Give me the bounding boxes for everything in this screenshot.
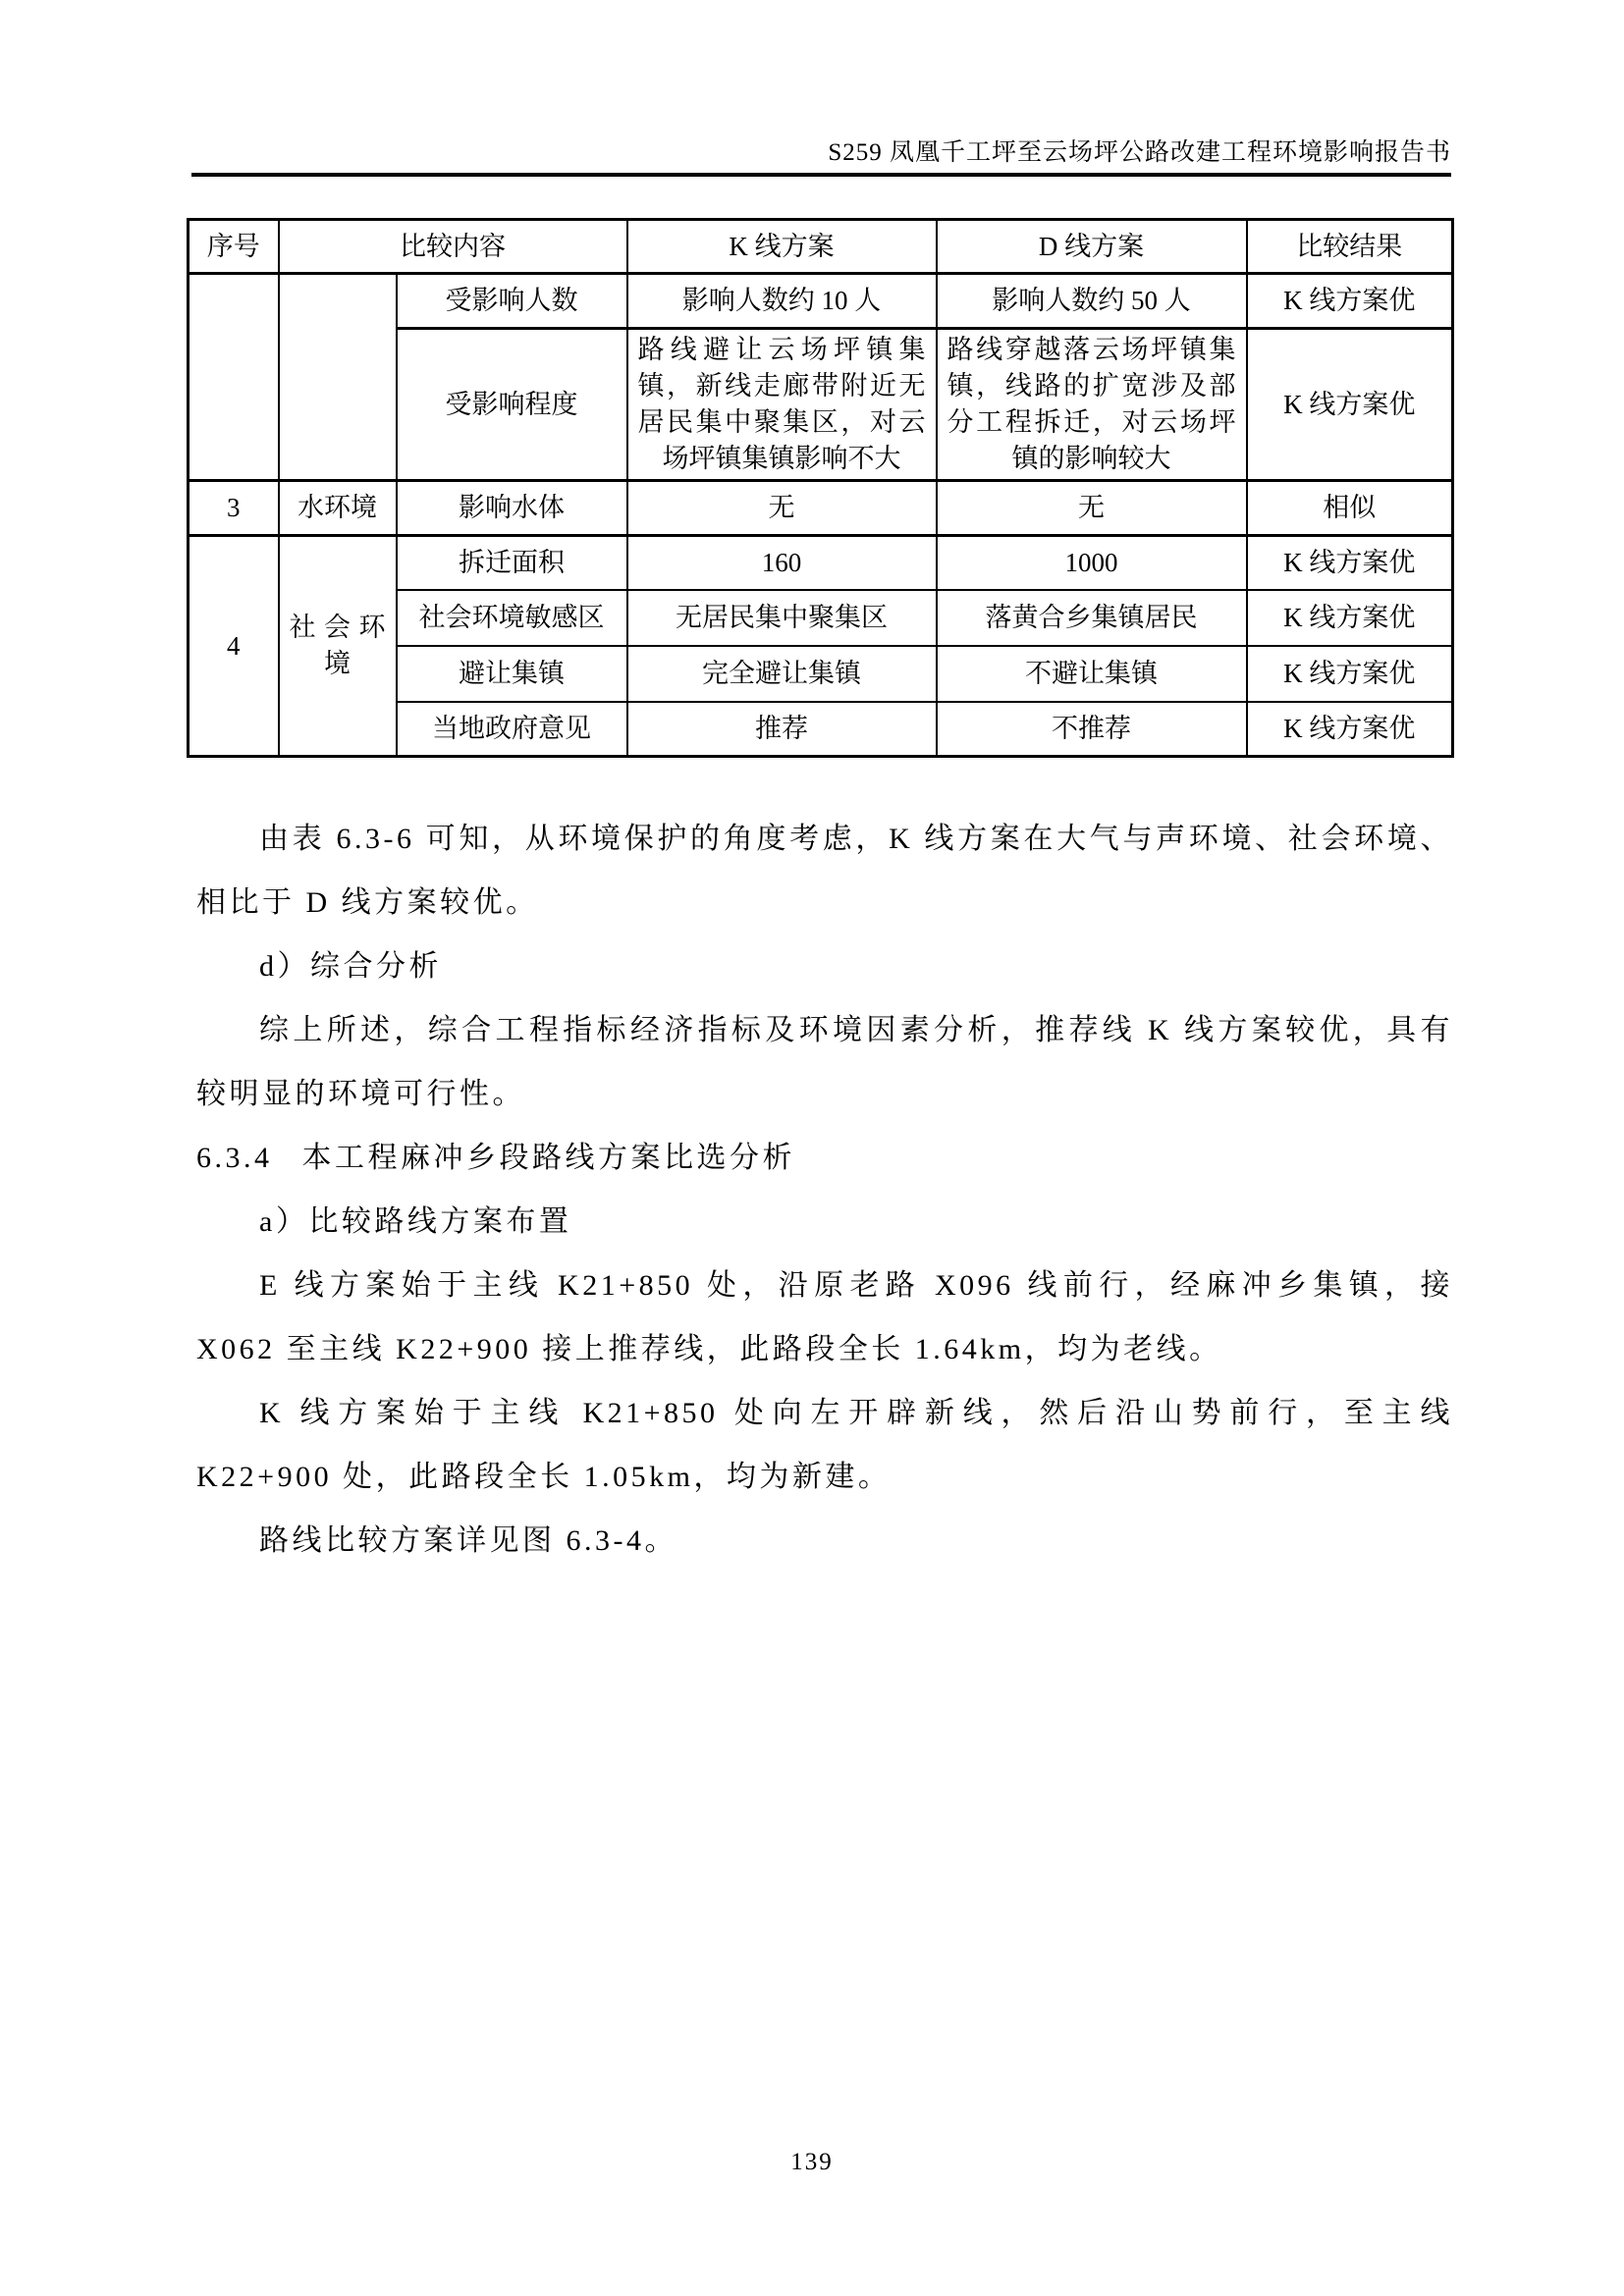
section-heading-6-3-4: 6.3.4本工程麻冲乡段路线方案比选分析 — [196, 1126, 1453, 1190]
cell-category-empty — [279, 274, 397, 481]
table-row-demolition-area: 4 社会环境 拆迁面积 160 1000 K 线方案优 — [189, 536, 1453, 590]
cell-result: K 线方案优 — [1247, 702, 1453, 757]
paragraph-summary: 综上所述，综合工程指标经济指标及环境因素分析，推荐线 K 线方案较优，具有较明显… — [196, 998, 1453, 1126]
cell-item: 社会环境敏感区 — [397, 590, 627, 646]
cell-k-value: 路线避让云场坪镇集镇，新线走廊带附近无居民集中聚集区，对云场坪镇集镇影响不大 — [627, 329, 937, 481]
paragraph-a-heading: a）比较路线方案布置 — [196, 1190, 1453, 1254]
table-row-affected-people: 受影响人数 影响人数约 10 人 影响人数约 50 人 K 线方案优 — [189, 274, 1453, 329]
running-header: S259 凤凰千工坪至云场坪公路改建工程环境影响报告书 — [191, 138, 1451, 177]
paragraph-d-heading: d）综合分析 — [196, 934, 1453, 998]
cell-d-value: 落黄合乡集镇居民 — [937, 590, 1247, 646]
cell-k-value: 无 — [627, 481, 937, 536]
cell-d-value: 1000 — [937, 536, 1247, 590]
section-number: 6.3.4 — [196, 1142, 273, 1174]
cell-item: 当地政府意见 — [397, 702, 627, 757]
header-title: S259 凤凰千工坪至云场坪公路改建工程环境影响报告书 — [191, 138, 1451, 168]
body-text: 由表 6.3-6 可知，从环境保护的角度考虑，K 线方案在大气与声环境、社会环境… — [196, 807, 1453, 1573]
cell-result: K 线方案优 — [1247, 646, 1453, 702]
cell-seq-empty — [189, 274, 279, 481]
cell-d-value: 影响人数约 50 人 — [937, 274, 1247, 329]
column-header-result: 比较结果 — [1247, 220, 1453, 274]
cell-k-value: 推荐 — [627, 702, 937, 757]
cell-d-value: 无 — [937, 481, 1247, 536]
column-header-k-plan: K 线方案 — [627, 220, 937, 274]
section-title: 本工程麻冲乡段路线方案比选分析 — [302, 1142, 796, 1174]
paragraph-k-line: K 线方案始于主线 K21+850 处向左开辟新线，然后沿山势前行，至主线 K2… — [196, 1381, 1453, 1509]
cell-item: 拆迁面积 — [397, 536, 627, 590]
document-page: S259 凤凰千工坪至云场坪公路改建工程环境影响报告书 序号 比较内容 K 线方… — [0, 0, 1624, 2296]
cell-d-value: 不推荐 — [937, 702, 1247, 757]
cell-category: 水环境 — [279, 481, 397, 536]
cell-k-value: 影响人数约 10 人 — [627, 274, 937, 329]
column-header-d-plan: D 线方案 — [937, 220, 1247, 274]
cell-item: 影响水体 — [397, 481, 627, 536]
cell-result: 相似 — [1247, 481, 1453, 536]
cell-item: 受影响程度 — [397, 329, 627, 481]
cell-item: 受影响人数 — [397, 274, 627, 329]
page-number: 139 — [0, 2149, 1624, 2176]
cell-seq: 4 — [189, 536, 279, 757]
paragraph-conclusion-table: 由表 6.3-6 可知，从环境保护的角度考虑，K 线方案在大气与声环境、社会环境… — [196, 807, 1453, 934]
cell-k-value: 完全避让集镇 — [627, 646, 937, 702]
cell-result: K 线方案优 — [1247, 536, 1453, 590]
cell-d-value: 路线穿越落云场坪镇集镇，线路的扩宽涉及部分工程拆迁，对云场坪镇的影响较大 — [937, 329, 1247, 481]
cell-k-value: 无居民集中聚集区 — [627, 590, 937, 646]
column-header-content: 比较内容 — [279, 220, 627, 274]
cell-item: 避让集镇 — [397, 646, 627, 702]
comparison-table: 序号 比较内容 K 线方案 D 线方案 比较结果 受影响人数 影响人数约 10 … — [187, 218, 1454, 758]
cell-result: K 线方案优 — [1247, 329, 1453, 481]
cell-k-value: 160 — [627, 536, 937, 590]
paragraph-e-line: E 线方案始于主线 K21+850 处，沿原老路 X096 线前行，经麻冲乡集镇… — [196, 1254, 1453, 1381]
paragraph-figure-reference: 路线比较方案详见图 6.3-4。 — [196, 1509, 1453, 1573]
cell-result: K 线方案优 — [1247, 274, 1453, 329]
cell-seq: 3 — [189, 481, 279, 536]
table-row-water-env: 3 水环境 影响水体 无 无 相似 — [189, 481, 1453, 536]
cell-category: 社会环境 — [279, 536, 397, 757]
header-rule — [191, 173, 1451, 177]
cell-d-value: 不避让集镇 — [937, 646, 1247, 702]
table-header-row: 序号 比较内容 K 线方案 D 线方案 比较结果 — [189, 220, 1453, 274]
cell-result: K 线方案优 — [1247, 590, 1453, 646]
column-header-seq: 序号 — [189, 220, 279, 274]
